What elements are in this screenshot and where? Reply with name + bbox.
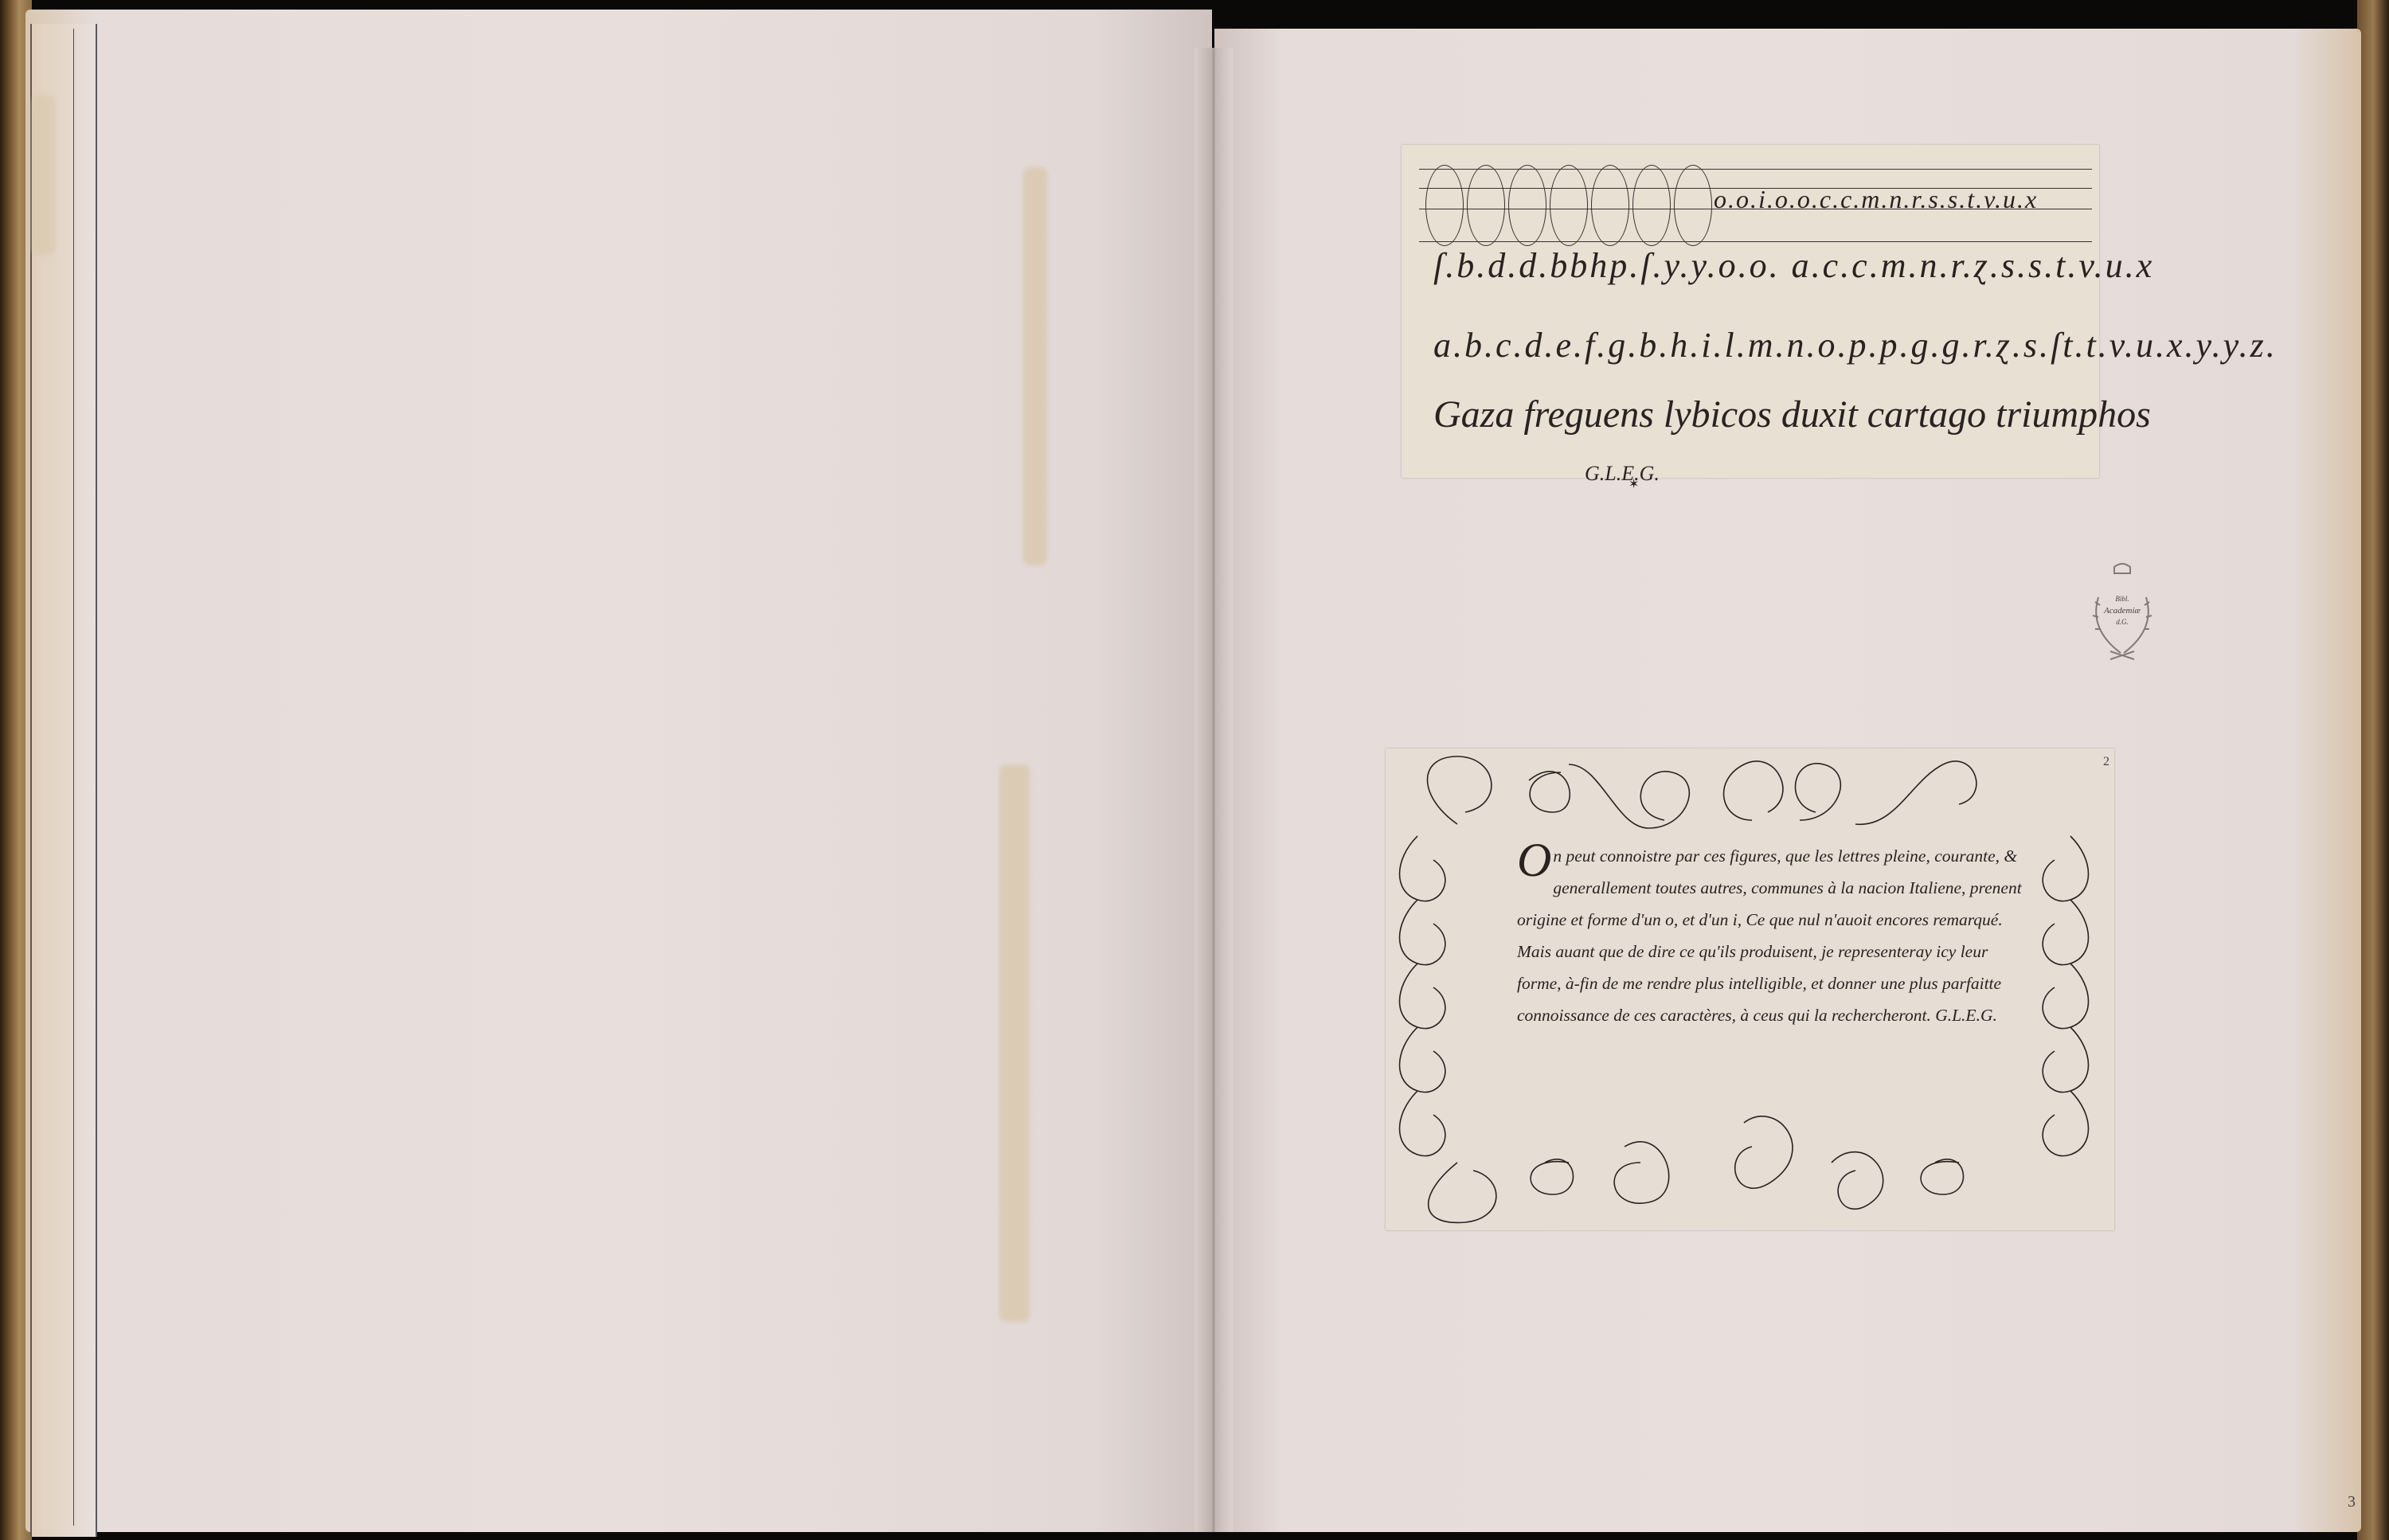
alphabet-row-1: ſ.b.d.d.bbhp.ſ.y.y.o.o. a.c.c.m.n.r.ɀ.s.… (1433, 245, 2154, 286)
stain-mark (32, 96, 56, 255)
oval-figure (1425, 165, 1464, 246)
stain-mark (1023, 167, 1047, 565)
oval-figure (1508, 165, 1546, 246)
oval-figure (1674, 165, 1712, 246)
signature-monogram: G.L.E.G. (1585, 462, 1660, 486)
book-gutter (1194, 48, 1233, 1532)
oval-figure (1467, 165, 1505, 246)
oval-figure (1632, 165, 1671, 246)
alphabet-row-2: a.b.c.d.e.f.g.b.h.i.l.m.n.o.p.p.g.g.r.ɀ.… (1433, 325, 2278, 365)
paragraph-line: generallement toutes autres, communes à … (1517, 872, 1963, 904)
star-mark-icon: ✶ (1629, 476, 1639, 492)
stain-mark (999, 764, 1030, 1322)
library-stamp-icon: Bibl. Academiæ d.G. (2082, 557, 2162, 669)
stamp-text: d.G. (2116, 618, 2129, 626)
oval-figure (1550, 165, 1588, 246)
folio-number: 3 (2348, 1493, 2356, 1511)
stamp-text: Bibl. (2115, 595, 2129, 603)
guide-band-letters: o.o.i.o.o.c.c.m.n.r.s.s.t.v.u.x (1714, 185, 2038, 214)
paragraph-line: Mais auant que de dire ce qu'ils produis… (1517, 936, 1963, 967)
paragraph-line: n peut connoistre par ces figures, que l… (1517, 840, 1963, 872)
paragraph-line: origine et forme d'un o, et d'un i, Ce q… (1517, 904, 1963, 936)
flyleaf-rule (73, 29, 74, 1526)
motto-line: Gaza freguens lybicos duxit cartago triu… (1433, 393, 2151, 436)
paragraph-line: forme, à-fin de me rendre plus intelligi… (1517, 967, 1963, 999)
drop-cap: O (1517, 840, 1551, 880)
calligraphy-paragraph: O n peut connoistre par ces figures, que… (1517, 840, 1963, 1031)
oval-figure (1591, 165, 1629, 246)
oval-construction-figures (1425, 165, 1712, 246)
paragraph-line: connoissance de ces caractères, à ceus q… (1517, 999, 1963, 1031)
stamp-text: Academiæ (2103, 606, 2141, 616)
book-binding-right (2357, 0, 2389, 1540)
